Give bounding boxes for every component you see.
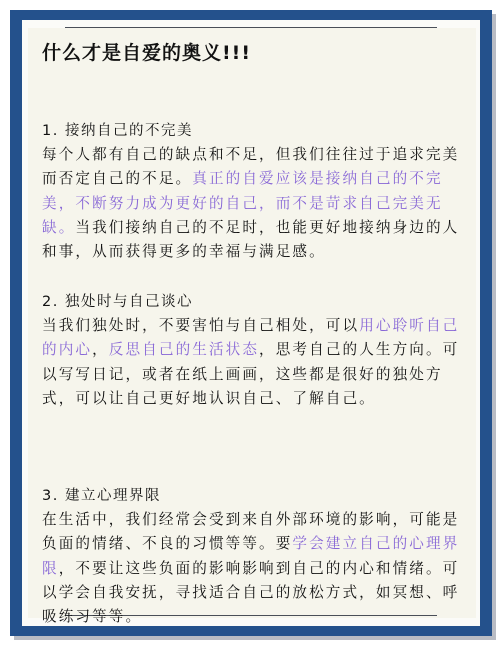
- section-heading: 1. 接纳自己的不完美: [42, 119, 472, 143]
- section-paragraph: 当我们独处时，不要害怕与自己相处，可以用心聆听自己的内心，反思自己的生活状态，思…: [42, 314, 472, 411]
- paragraph-text: ，: [92, 341, 109, 358]
- section-paragraph: 在生活中，我们经常会受到来自外部环境的影响，可能是负面的情绪、不良的习惯等等。要…: [42, 508, 472, 629]
- section-heading: 3. 建立心理界限: [42, 484, 472, 508]
- article: 什么才是自爱的奥义!!! 1. 接纳自己的不完美 每个人都有自己的缺点和不足，但…: [42, 38, 472, 68]
- section-heading: 2. 独处时与自己谈心: [42, 290, 472, 314]
- highlighted-text: 反思自己的生活状态: [109, 341, 259, 358]
- section-paragraph: 每个人都有自己的缺点和不足，但我们往往过于追求完美而否定自己的不足。真正的自爱应…: [42, 143, 472, 264]
- section-psychological-boundaries: 3. 建立心理界限 在生活中，我们经常会受到来自外部环境的影响，可能是负面的情绪…: [42, 484, 472, 629]
- page-title: 什么才是自爱的奥义!!!: [42, 38, 472, 68]
- top-rule: [65, 27, 437, 28]
- section-accept-imperfection: 1. 接纳自己的不完美 每个人都有自己的缺点和不足，但我们往往过于追求完美而否定…: [42, 119, 472, 264]
- section-talk-with-self: 2. 独处时与自己谈心 当我们独处时，不要害怕与自己相处，可以用心聆听自己的内心…: [42, 290, 472, 411]
- paragraph-text: 当我们接纳自己的不足时，也能更好地接纳身边的人和事，从而获得更多的幸福与满足感。: [42, 219, 459, 260]
- paragraph-text: ，不要让这些负面的影响影响到自己的内心和情绪。可以学会自我安抚，寻找适合自己的放…: [42, 560, 459, 626]
- paragraph-text: 当我们独处时，不要害怕与自己相处，可以: [42, 317, 359, 334]
